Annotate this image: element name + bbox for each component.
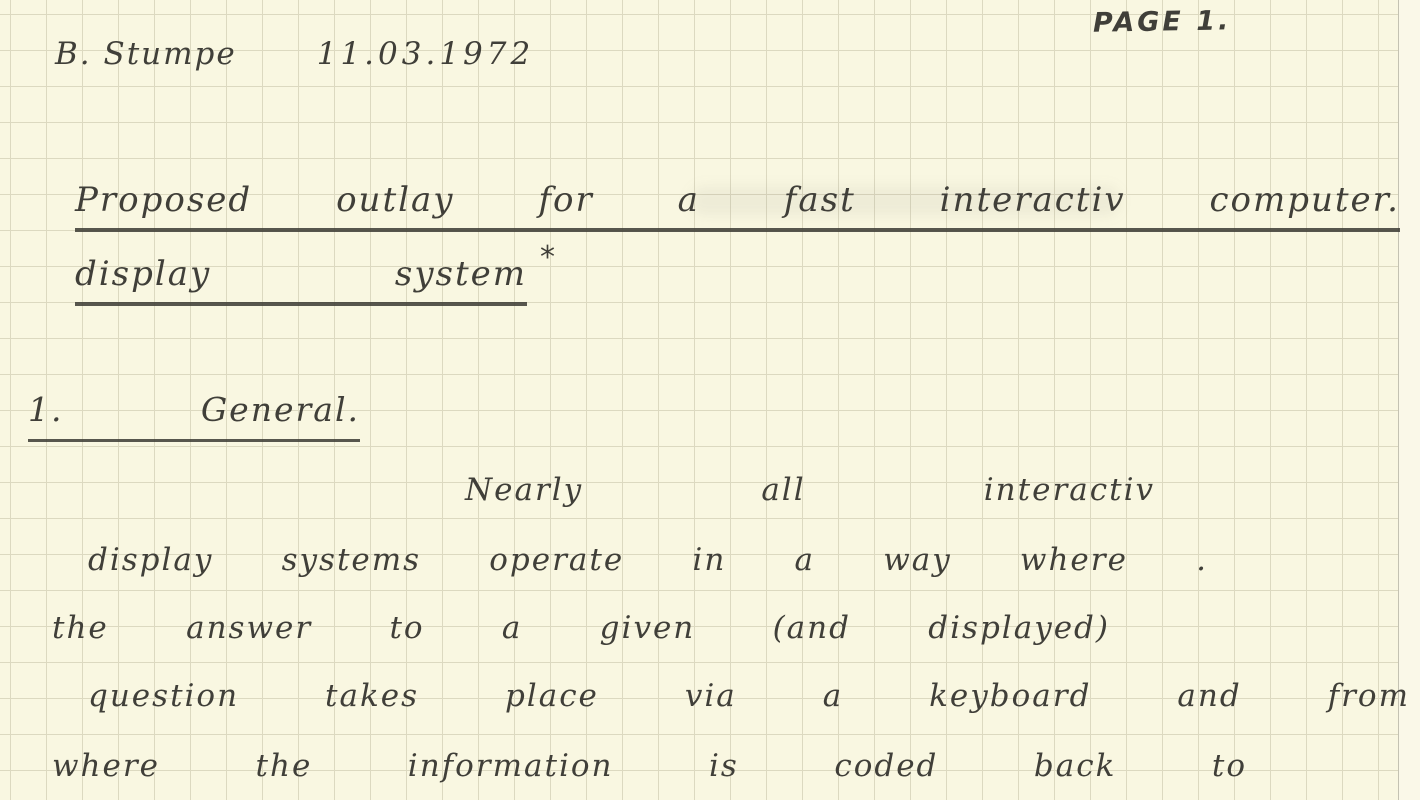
section-heading-general: 1. General. [28, 390, 360, 442]
handwritten-note-page: { "page": { "label": "PAGE 1." }, "heade… [0, 0, 1420, 800]
title-line-1: Proposed outlay for a fast interactiv co… [75, 180, 1400, 232]
body-text-line: Nearly all interactiv [465, 470, 1155, 510]
page-number-label: PAGE 1. [1093, 4, 1294, 38]
title-line-2: display system [75, 254, 527, 306]
footnote-asterisk: * [540, 240, 557, 275]
author-name: B. Stumpe [55, 36, 237, 72]
body-text-line: question takes place via a keyboard and … [88, 676, 1410, 716]
document-date: 11.03.1972 [317, 36, 535, 72]
body-text-line: display systems operate in a way where . [88, 540, 1208, 580]
body-text-line: the answer to a given (and displayed) [52, 608, 1110, 648]
author-date-line: B. Stumpe 11.03.1972 [55, 36, 534, 72]
body-text-line: where the information is coded back to [52, 746, 1247, 786]
